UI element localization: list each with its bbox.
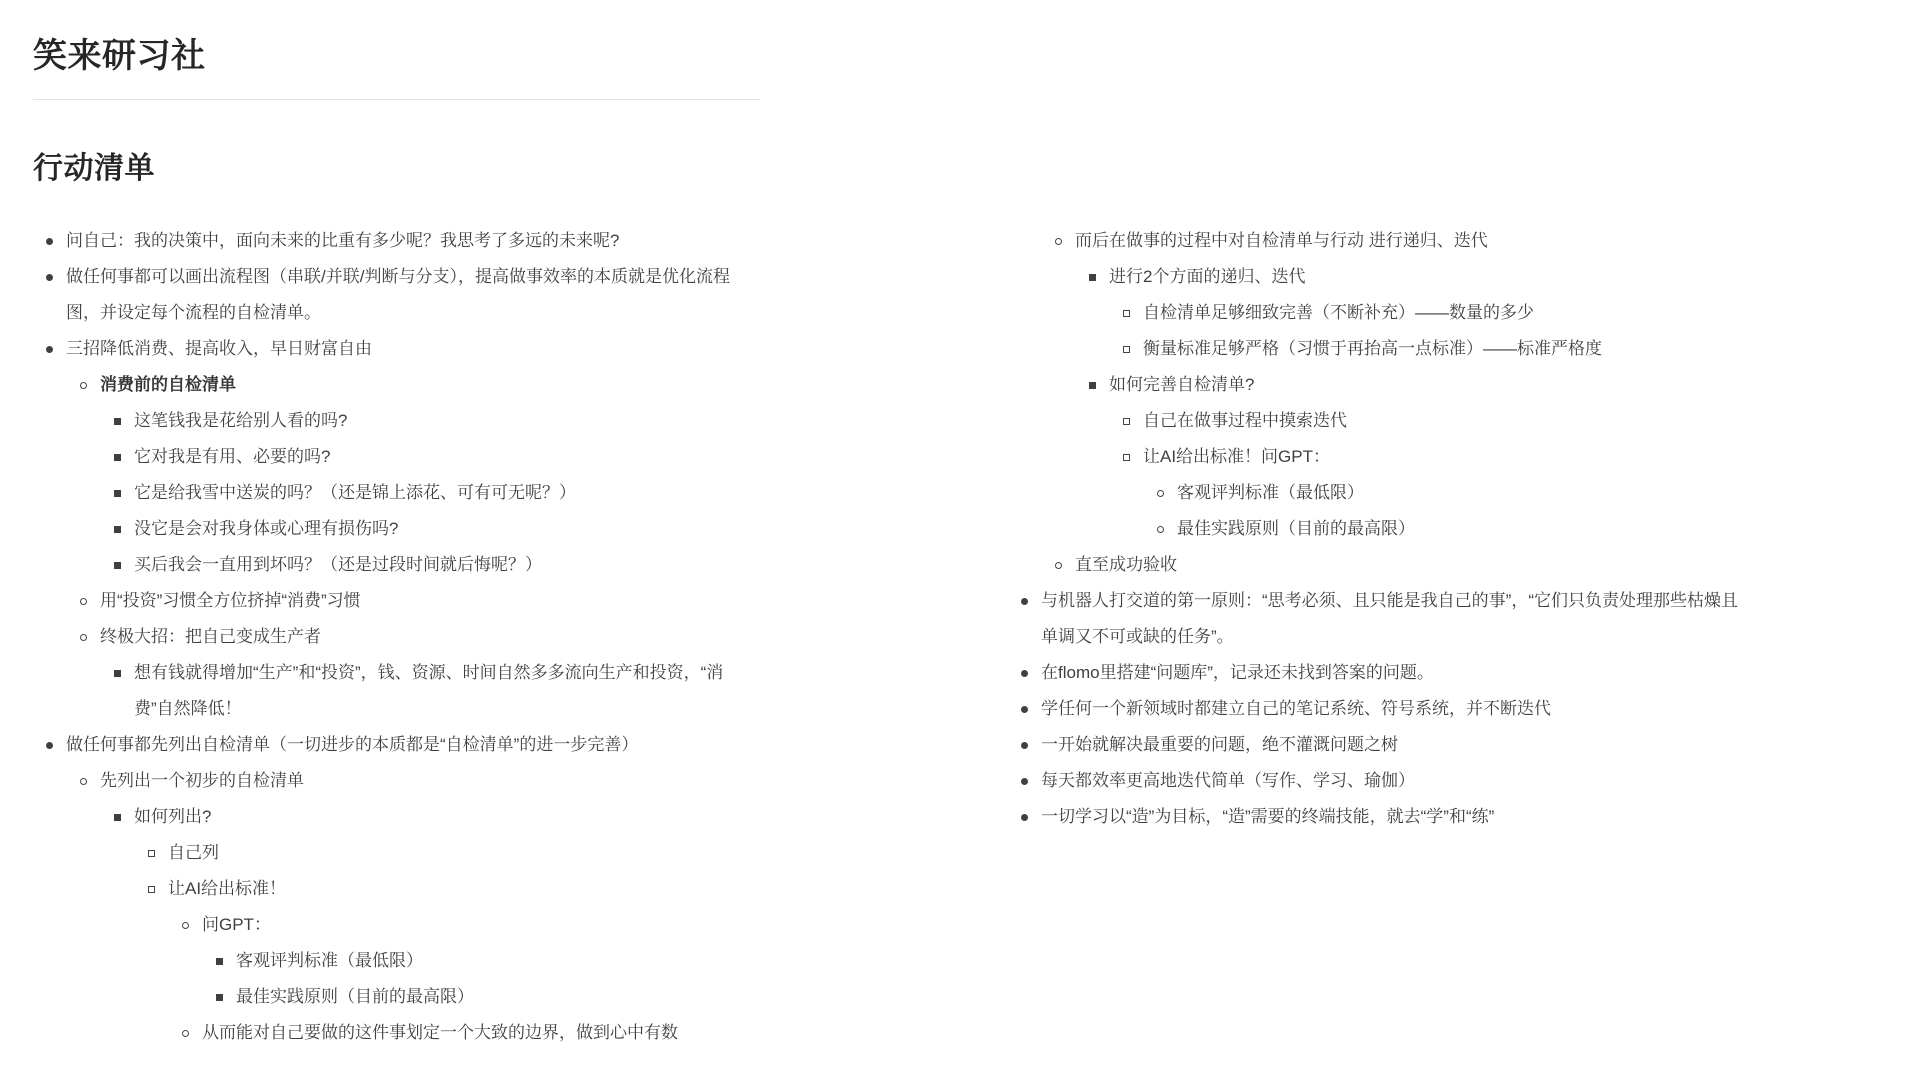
list-item: 每天都效率更高地迭代简单（写作、学习、瑜伽） bbox=[1008, 763, 1753, 799]
bullet-disc-icon bbox=[1008, 691, 1041, 727]
bullet-circle-icon bbox=[1042, 547, 1075, 583]
bullet-circle-icon bbox=[67, 763, 100, 799]
bullet-disc-icon bbox=[1008, 727, 1041, 763]
left-column: 问自己：我的决策中，面向未来的比重有多少呢？我思考了多远的未来呢?做任何事都可以… bbox=[33, 223, 760, 1051]
bullet-disc-icon bbox=[33, 331, 66, 367]
bullet-square-icon bbox=[1076, 367, 1109, 403]
list-item-text: 最佳实践原则（目前的最高限） bbox=[1177, 511, 1753, 547]
list-item: 客观评判标准（最低限） bbox=[33, 943, 760, 979]
bullet-square-open-icon bbox=[1110, 403, 1143, 439]
page-title: 笑来研习社 bbox=[33, 36, 1918, 77]
list-item: 与机器人打交道的第一原则：“思考必须、且只能是我自己的事”，“它们只负责处理那些… bbox=[1008, 583, 1753, 655]
list-item-text: 问GPT： bbox=[202, 907, 760, 943]
bullet-square-open-icon bbox=[1110, 439, 1143, 475]
list-item-text: 这笔钱我是花给别人看的吗? bbox=[134, 403, 760, 439]
list-item-text: 最佳实践原则（目前的最高限） bbox=[236, 979, 760, 1015]
list-item-text: 从而能对自己要做的这件事划定一个大致的边界，做到心中有数 bbox=[202, 1015, 760, 1051]
list-item-text: 做任何事都可以画出流程图（串联/并联/判断与分支），提高做事效率的本质就是优化流… bbox=[66, 259, 760, 331]
list-item: 自检清单足够细致完善（不断补充）——数量的多少 bbox=[1008, 295, 1753, 331]
bullet-square-icon bbox=[203, 943, 236, 979]
bullet-circle-icon bbox=[169, 1015, 202, 1051]
bullet-disc-icon bbox=[33, 223, 66, 259]
list-item-text: 让AI给出标准！ bbox=[168, 871, 760, 907]
list-item: 消费前的自检清单 bbox=[33, 367, 760, 403]
bullet-circle-icon bbox=[67, 367, 100, 403]
list-item-text: 自检清单足够细致完善（不断补充）——数量的多少 bbox=[1143, 295, 1753, 331]
list-item-text: 直至成功验收 bbox=[1075, 547, 1753, 583]
list-item: 问GPT： bbox=[33, 907, 760, 943]
bullet-square-open-icon bbox=[1110, 331, 1143, 367]
list-item-text: 进行2个方面的递归、迭代 bbox=[1109, 259, 1753, 295]
list-item: 没它是会对我身体或心理有损伤吗? bbox=[33, 511, 760, 547]
list-item-text: 如何完善自检清单? bbox=[1109, 367, 1753, 403]
list-item-text: 问自己：我的决策中，面向未来的比重有多少呢？我思考了多远的未来呢? bbox=[66, 223, 760, 259]
list-item: 先列出一个初步的自检清单 bbox=[33, 763, 760, 799]
bullet-square-icon bbox=[101, 799, 134, 835]
bullet-disc-icon bbox=[33, 727, 66, 763]
list-item-text: 一开始就解决最重要的问题，绝不灌溉问题之树 bbox=[1041, 727, 1753, 763]
list-item: 衡量标准足够严格（习惯于再抬高一点标准）——标准严格度 bbox=[1008, 331, 1753, 367]
bullet-square-icon bbox=[101, 439, 134, 475]
bullet-disc-icon bbox=[1008, 583, 1041, 619]
list-item-text: 自己列 bbox=[168, 835, 760, 871]
list-item: 在flomo里搭建“问题库”，记录还未找到答案的问题。 bbox=[1008, 655, 1753, 691]
list-item-text: 而后在做事的过程中对自检清单与行动 进行递归、迭代 bbox=[1075, 223, 1753, 259]
bullet-disc-icon bbox=[33, 259, 66, 295]
list-item: 问自己：我的决策中，面向未来的比重有多少呢？我思考了多远的未来呢? bbox=[33, 223, 760, 259]
bullet-circle-icon bbox=[169, 907, 202, 943]
list-item: 让AI给出标准！问GPT： bbox=[1008, 439, 1753, 475]
list-item: 它对我是有用、必要的吗? bbox=[33, 439, 760, 475]
list-item: 终极大招：把自己变成生产者 bbox=[33, 619, 760, 655]
list-item: 自己在做事过程中摸索迭代 bbox=[1008, 403, 1753, 439]
list-item-text: 每天都效率更高地迭代简单（写作、学习、瑜伽） bbox=[1041, 763, 1753, 799]
bullet-square-icon bbox=[101, 511, 134, 547]
title-divider bbox=[33, 99, 760, 100]
list-item: 用“投资”习惯全方位挤掉“消费”习惯 bbox=[33, 583, 760, 619]
list-item: 让AI给出标准！ bbox=[33, 871, 760, 907]
list-item-text: 在flomo里搭建“问题库”，记录还未找到答案的问题。 bbox=[1041, 655, 1753, 691]
list-item-text: 一切学习以“造”为目标，“造”需要的终端技能，就去“学”和“练” bbox=[1041, 799, 1753, 835]
list-item-text: 想有钱就得增加“生产”和“投资”，钱、资源、时间自然多多流向生产和投资，“消费”… bbox=[134, 655, 760, 727]
bullet-square-open-icon bbox=[1110, 295, 1143, 331]
bullet-square-icon bbox=[101, 403, 134, 439]
list-item: 客观评判标准（最低限） bbox=[1008, 475, 1753, 511]
list-item: 自己列 bbox=[33, 835, 760, 871]
list-item-text: 先列出一个初步的自检清单 bbox=[100, 763, 760, 799]
list-item-text: 做任何事都先列出自检清单（一切进步的本质都是“自检清单”的进一步完善） bbox=[66, 727, 760, 763]
bullet-disc-icon bbox=[1008, 763, 1041, 799]
list-item: 如何完善自检清单? bbox=[1008, 367, 1753, 403]
bullet-disc-icon bbox=[1008, 655, 1041, 691]
list-item: 学任何一个新领域时都建立自己的笔记系统、符号系统，并不断迭代 bbox=[1008, 691, 1753, 727]
list-item: 三招降低消费、提高收入，早日财富自由 bbox=[33, 331, 760, 367]
list-item-text: 如何列出? bbox=[134, 799, 760, 835]
bullet-circle-icon bbox=[1144, 475, 1177, 511]
list-item-text: 它是给我雪中送炭的吗？（还是锦上添花、可有可无呢？） bbox=[134, 475, 760, 511]
two-column-layout: 问自己：我的决策中，面向未来的比重有多少呢？我思考了多远的未来呢?做任何事都可以… bbox=[33, 223, 1918, 1051]
bullet-square-open-icon bbox=[135, 871, 168, 907]
list-item-text: 消费前的自检清单 bbox=[100, 367, 760, 403]
list-item: 做任何事都先列出自检清单（一切进步的本质都是“自检清单”的进一步完善） bbox=[33, 727, 760, 763]
bullet-square-icon bbox=[101, 655, 134, 691]
list-item-text: 与机器人打交道的第一原则：“思考必须、且只能是我自己的事”，“它们只负责处理那些… bbox=[1041, 583, 1753, 655]
bullet-square-open-icon bbox=[135, 835, 168, 871]
list-item-text: 自己在做事过程中摸索迭代 bbox=[1143, 403, 1753, 439]
bullet-square-icon bbox=[101, 475, 134, 511]
bullet-disc-icon bbox=[1008, 799, 1041, 835]
list-item: 买后我会一直用到坏吗？（还是过段时间就后悔呢？） bbox=[33, 547, 760, 583]
list-item: 这笔钱我是花给别人看的吗? bbox=[33, 403, 760, 439]
list-item-text: 它对我是有用、必要的吗? bbox=[134, 439, 760, 475]
list-item: 最佳实践原则（目前的最高限） bbox=[33, 979, 760, 1015]
bullet-square-icon bbox=[203, 979, 236, 1015]
list-item: 进行2个方面的递归、迭代 bbox=[1008, 259, 1753, 295]
list-item-text: 终极大招：把自己变成生产者 bbox=[100, 619, 760, 655]
document-page: 笑来研习社 行动清单 问自己：我的决策中，面向未来的比重有多少呢？我思考了多远的… bbox=[0, 0, 1918, 1078]
list-item-text: 客观评判标准（最低限） bbox=[1177, 475, 1753, 511]
list-item-text: 客观评判标准（最低限） bbox=[236, 943, 760, 979]
bullet-square-icon bbox=[101, 547, 134, 583]
list-item: 它是给我雪中送炭的吗？（还是锦上添花、可有可无呢？） bbox=[33, 475, 760, 511]
list-item: 而后在做事的过程中对自检清单与行动 进行递归、迭代 bbox=[1008, 223, 1753, 259]
list-item-text: 衡量标准足够严格（习惯于再抬高一点标准）——标准严格度 bbox=[1143, 331, 1753, 367]
list-item: 一开始就解决最重要的问题，绝不灌溉问题之树 bbox=[1008, 727, 1753, 763]
bullet-circle-icon bbox=[1042, 223, 1075, 259]
bullet-circle-icon bbox=[67, 583, 100, 619]
list-item-text: 用“投资”习惯全方位挤掉“消费”习惯 bbox=[100, 583, 760, 619]
list-item-text: 让AI给出标准！问GPT： bbox=[1143, 439, 1753, 475]
list-item: 从而能对自己要做的这件事划定一个大致的边界，做到心中有数 bbox=[33, 1015, 760, 1051]
bullet-circle-icon bbox=[67, 619, 100, 655]
list-item: 如何列出? bbox=[33, 799, 760, 835]
list-item-text: 学任何一个新领域时都建立自己的笔记系统、符号系统，并不断迭代 bbox=[1041, 691, 1753, 727]
bullet-circle-icon bbox=[1144, 511, 1177, 547]
list-item-text: 买后我会一直用到坏吗？（还是过段时间就后悔呢？） bbox=[134, 547, 760, 583]
bullet-square-icon bbox=[1076, 259, 1109, 295]
right-column: 而后在做事的过程中对自检清单与行动 进行递归、迭代进行2个方面的递归、迭代自检清… bbox=[1008, 223, 1753, 835]
list-item: 做任何事都可以画出流程图（串联/并联/判断与分支），提高做事效率的本质就是优化流… bbox=[33, 259, 760, 331]
list-item-text: 没它是会对我身体或心理有损伤吗? bbox=[134, 511, 760, 547]
list-item-text: 三招降低消费、提高收入，早日财富自由 bbox=[66, 331, 760, 367]
list-item: 最佳实践原则（目前的最高限） bbox=[1008, 511, 1753, 547]
section-heading: 行动清单 bbox=[33, 150, 1918, 188]
list-item: 直至成功验收 bbox=[1008, 547, 1753, 583]
list-item: 想有钱就得增加“生产”和“投资”，钱、资源、时间自然多多流向生产和投资，“消费”… bbox=[33, 655, 760, 727]
list-item: 一切学习以“造”为目标，“造”需要的终端技能，就去“学”和“练” bbox=[1008, 799, 1753, 835]
